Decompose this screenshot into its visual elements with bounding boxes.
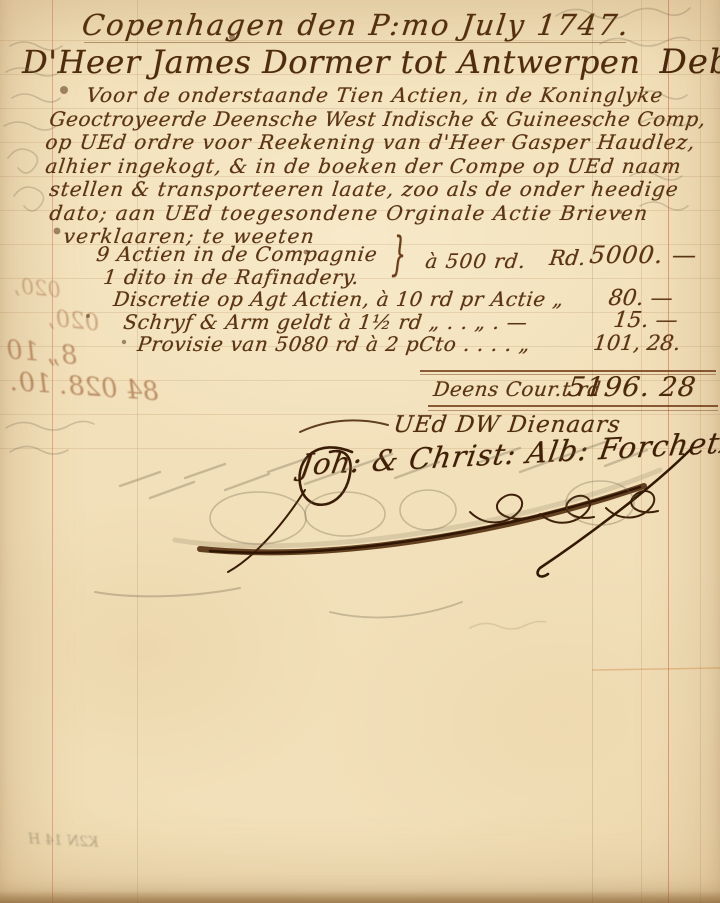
body-line: Geoctroyeerde Deensche West Indische & G… bbox=[48, 108, 707, 132]
account-row-desc: 9 Actien in de Compagnie bbox=[95, 242, 379, 266]
total-value: 5196. 28 bbox=[566, 372, 698, 403]
amount-value: 15. — bbox=[612, 308, 679, 333]
body-paragraph: Voor de onderstaande Tien Actien, in de … bbox=[42, 84, 704, 249]
manuscript-page: Copenhagen den P:mo July 1747. D'Heer Ja… bbox=[0, 0, 720, 903]
bleedthrough-number: 020, bbox=[47, 305, 101, 336]
amount-value: 5000. — bbox=[588, 241, 699, 269]
total-rule-bottom2 bbox=[428, 410, 718, 411]
debet-label: Debet bbox=[659, 42, 720, 82]
heading-place-date: Copenhagen den P:mo July 1747. bbox=[80, 8, 632, 42]
page-bottom-edge bbox=[0, 891, 720, 903]
body-line: op UEd ordre voor Reekening van d'Heer G… bbox=[44, 131, 707, 155]
body-line: stellen & transporteeren laate, zoo als … bbox=[48, 178, 707, 202]
currency-symbol: Rd. bbox=[548, 246, 587, 270]
account-row-desc: 1 dito in de Rafinadery. bbox=[102, 265, 361, 289]
pencil-mark: K2N 14 H bbox=[28, 831, 99, 851]
amount-value: 101, 28. bbox=[592, 331, 682, 355]
account-row-desc: Discretie op Agt Actien, à 10 rd pr Acti… bbox=[112, 287, 565, 311]
bleedthrough-number: 8„ 10 bbox=[5, 335, 79, 371]
account-row-desc: Schryf & Arm geldt à 1½ rd „ . . „ . — bbox=[122, 310, 529, 334]
account-row-desc: Provisie van 5080 rd à 2 pCto . . . . „ bbox=[136, 332, 532, 356]
addressee-line: D'Heer James Dormer tot Antwerpen Debet bbox=[22, 42, 720, 82]
rate-note: à 500 rd. bbox=[424, 249, 527, 273]
body-line: Voor de onderstaande Tien Actien, in de … bbox=[85, 84, 707, 108]
addressee-name: D'Heer James Dormer tot Antwerpen bbox=[22, 43, 640, 81]
total-rule-bottom bbox=[428, 405, 718, 407]
body-line: dato; aan UEd toegesondene Orginale Acti… bbox=[48, 202, 707, 226]
account-brace: } bbox=[391, 230, 407, 283]
body-line: alhier ingekogt, & in de boeken der Comp… bbox=[44, 155, 707, 179]
bleedthrough-number: 020, bbox=[13, 274, 62, 303]
